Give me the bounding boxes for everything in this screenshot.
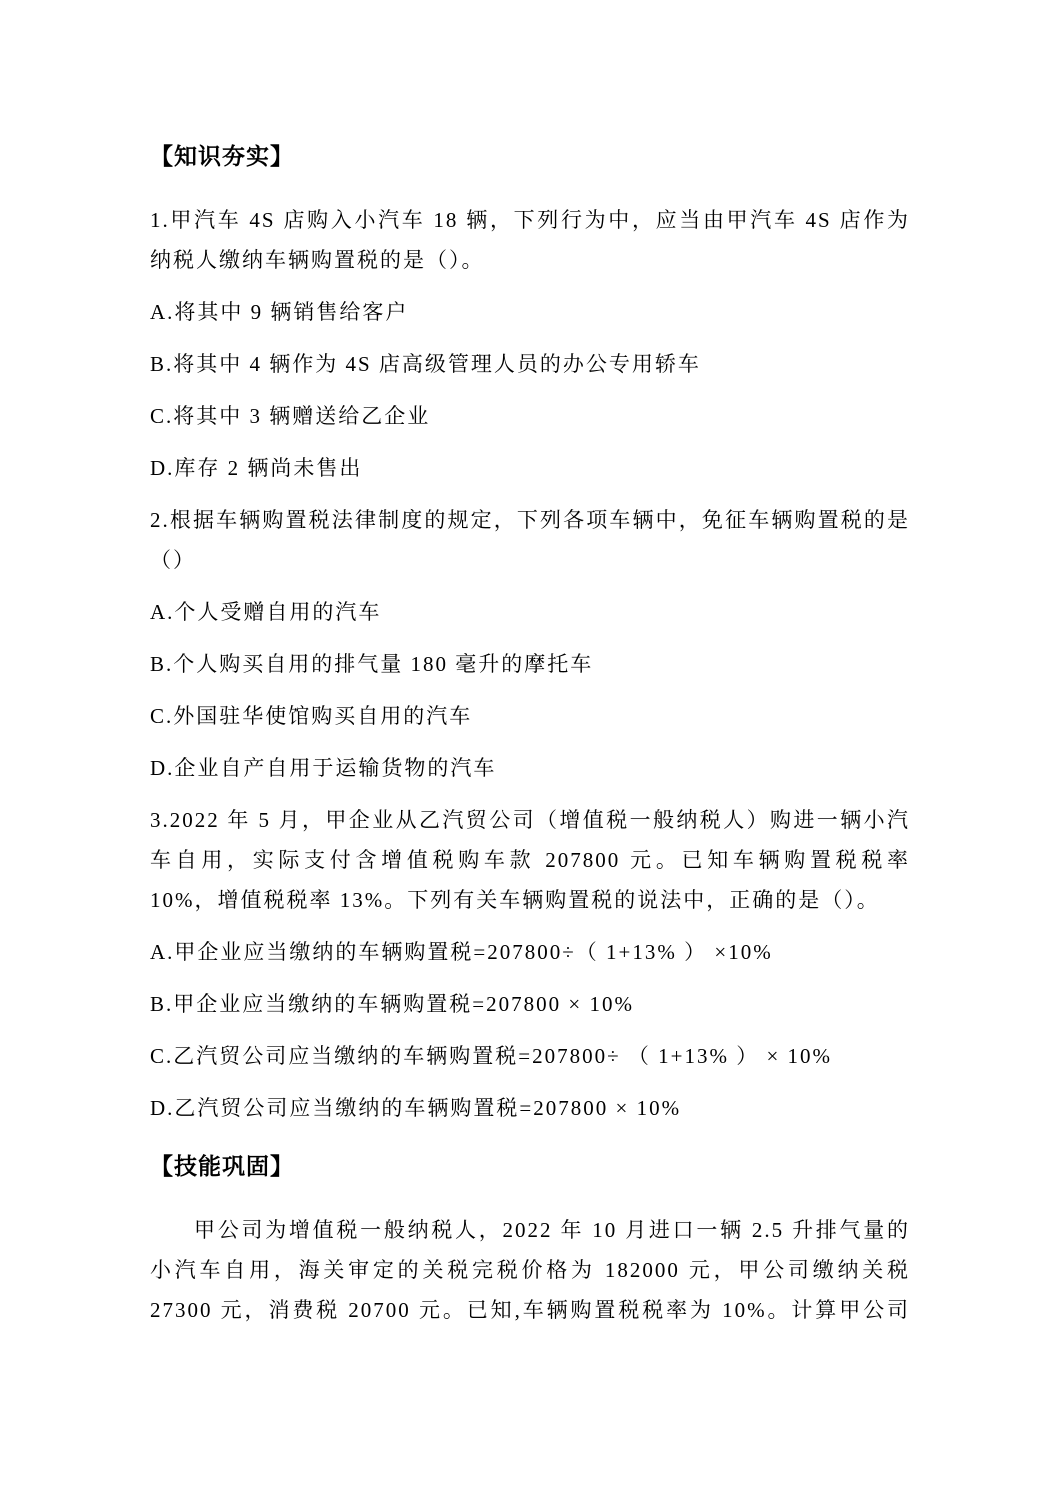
question-2-stem: 2.根据车辆购置税法律制度的规定，下列各项车辆中，免征车辆购置税的是（） <box>150 500 910 580</box>
question-1-option-d: D.库存 2 辆尚未售出 <box>150 448 910 488</box>
document-page: 【知识夯实】 1.甲汽车 4S 店购入小汽车 18 辆，下列行为中，应当由甲汽车… <box>0 0 1059 1497</box>
question-3-option-b: B.甲企业应当缴纳的车辆购置税=207800 × 10% <box>150 984 910 1024</box>
question-1-option-a: A.将其中 9 辆销售给客户 <box>150 292 910 332</box>
question-3-option-c: C.乙汽贸公司应当缴纳的车辆购置税=207800÷ （ 1+13% ） × 10… <box>150 1036 910 1076</box>
question-1-option-c: C.将其中 3 辆赠送给乙企业 <box>150 396 910 436</box>
question-2-option-a: A.个人受赠自用的汽车 <box>150 592 910 632</box>
question-2-option-d: D.企业自产自用于运输货物的汽车 <box>150 748 910 788</box>
question-1-option-b: B.将其中 4 辆作为 4S 店高级管理人员的办公专用轿车 <box>150 344 910 384</box>
question-3-stem: 3.2022 年 5 月，甲企业从乙汽贸公司（增值税一般纳税人）购进一辆小汽车自… <box>150 800 910 920</box>
document-content: 【知识夯实】 1.甲汽车 4S 店购入小汽车 18 辆，下列行为中，应当由甲汽车… <box>0 0 1059 1330</box>
question-3-option-a: A.甲企业应当缴纳的车辆购置税=207800÷（ 1+13% ） ×10% <box>150 932 910 972</box>
question-2-option-c: C.外国驻华使馆购买自用的汽车 <box>150 696 910 736</box>
exercise-paragraph: 甲公司为增值税一般纳税人，2022 年 10 月进口一辆 2.5 升排气量的小汽… <box>150 1210 910 1330</box>
question-1-stem: 1.甲汽车 4S 店购入小汽车 18 辆，下列行为中，应当由甲汽车 4S 店作为… <box>150 200 910 280</box>
question-3-option-d: D.乙汽贸公司应当缴纳的车辆购置税=207800 × 10% <box>150 1088 910 1128</box>
section-heading-skill: 【技能巩固】 <box>150 1152 910 1180</box>
question-2-option-b: B.个人购买自用的排气量 180 毫升的摩托车 <box>150 644 910 684</box>
section-heading-knowledge: 【知识夯实】 <box>150 142 910 170</box>
